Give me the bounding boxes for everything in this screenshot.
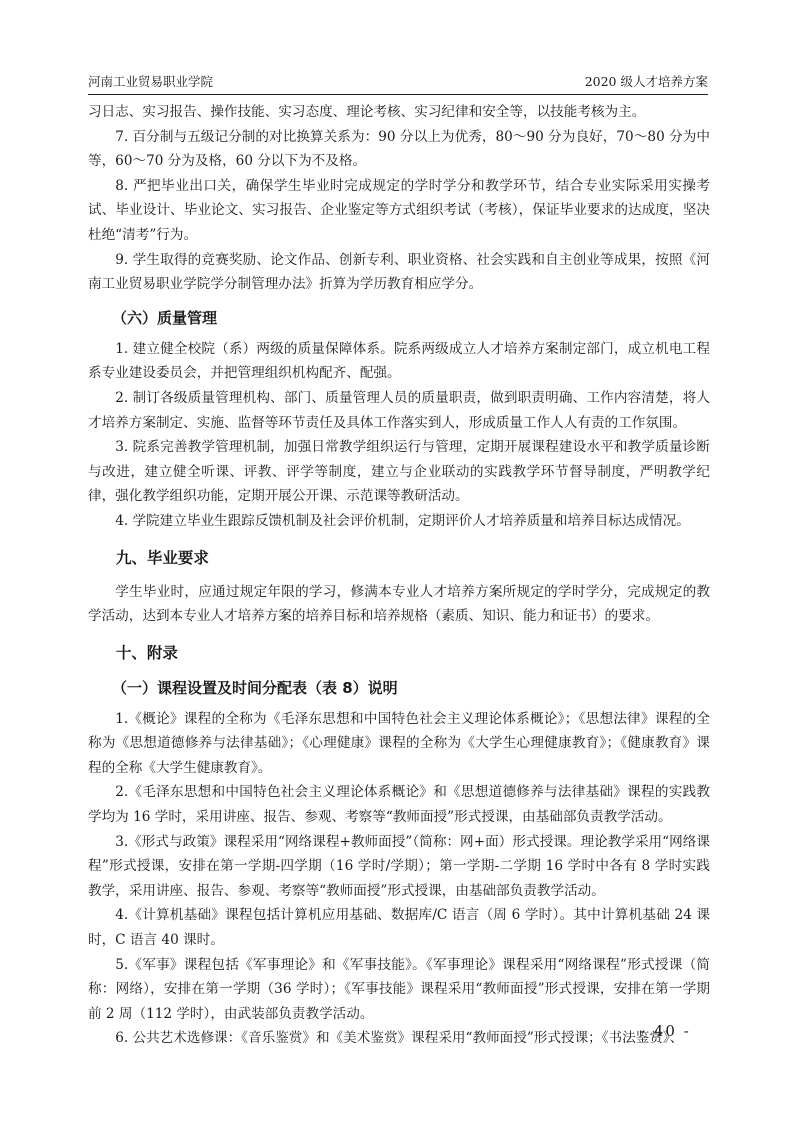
paragraph-quality-2: 2. 制订各级质量管理机构、部门、质量管理人员的质量职责，做到职责明确、工作内容… — [88, 386, 710, 435]
paragraph-continuation: 习日志、实习报告、操作技能、实习态度、理论考核、实习纪律和安全等，以技能考核为主… — [88, 100, 710, 125]
paragraph-item-8: 8. 严把毕业出口关，确保学生毕业时完成规定的学时学分和教学环节，结合专业实际采… — [88, 174, 710, 248]
page-header: 河南工业贸易职业学院 2020 级人才培养方案 — [88, 66, 708, 95]
paragraph-appendix-1: 1.《概论》课程的全称为《毛泽东思想和中国特色社会主义理论体系概论》；《思想法律… — [88, 707, 710, 781]
header-institution: 河南工业贸易职业学院 — [88, 72, 213, 90]
paragraph-item-7: 7. 百分制与五级记分制的对比换算关系为：90 分以上为优秀，80～90 分为良… — [88, 125, 710, 174]
paragraph-appendix-2: 2.《毛泽东思想和中国特色社会主义理论体系概论》和《思想道德修养与法律基础》课程… — [88, 780, 710, 829]
paragraph-graduation: 学生毕业时，应通过规定年限的学习，修满本专业人才培养方案所规定的学时学分，完成规… — [88, 580, 710, 629]
chapter-heading-appendix: 十、附录 — [88, 639, 710, 667]
page-body: 习日志、实习报告、操作技能、实习态度、理论考核、实习纪律和安全等，以技能考核为主… — [88, 100, 710, 1051]
page-number: - 40 - — [640, 1022, 691, 1040]
paragraph-appendix-3: 3.《形式与政策》课程采用“网络课程+教师面授”（简称：网+面）形式授课。理论教… — [88, 830, 710, 904]
paragraph-quality-1: 1. 建立健全校院（系）两级的质量保障体系。院系两级成立人才培养方案制定部门，成… — [88, 337, 710, 386]
section-heading-quality-management: （六）质量管理 — [88, 305, 710, 331]
paragraph-quality-3: 3. 院系完善教学管理机制，加强日常教学组织运行与管理，定期开展课程建设水平和教… — [88, 435, 710, 509]
paragraph-appendix-4: 4.《计算机基础》课程包括计算机应用基础、数据库/C 语言（周 6 学时）。其中… — [88, 903, 710, 952]
paragraph-appendix-5: 5.《军事》课程包括《军事理论》和《军事技能》。《军事理论》课程采用“网络课程”… — [88, 953, 710, 1027]
chapter-heading-graduation-requirements: 九、毕业要求 — [88, 544, 710, 572]
paragraph-quality-4: 4. 学院建立毕业生跟踪反馈机制及社会评价机制，定期评价人才培养质量和培养目标达… — [88, 509, 710, 534]
header-document-title: 2020 级人才培养方案 — [585, 72, 708, 90]
paragraph-item-9: 9. 学生取得的竞赛奖励、论文作品、创新专利、职业资格、社会实践和自主创业等成果… — [88, 248, 710, 297]
paragraph-appendix-6: 6. 公共艺术选修课：《音乐鉴赏》和《美术鉴赏》课程采用“教师面授”形式授课；《… — [88, 1026, 710, 1051]
section-heading-course-schedule: （一）课程设置及时间分配表（表 8）说明 — [88, 675, 710, 701]
